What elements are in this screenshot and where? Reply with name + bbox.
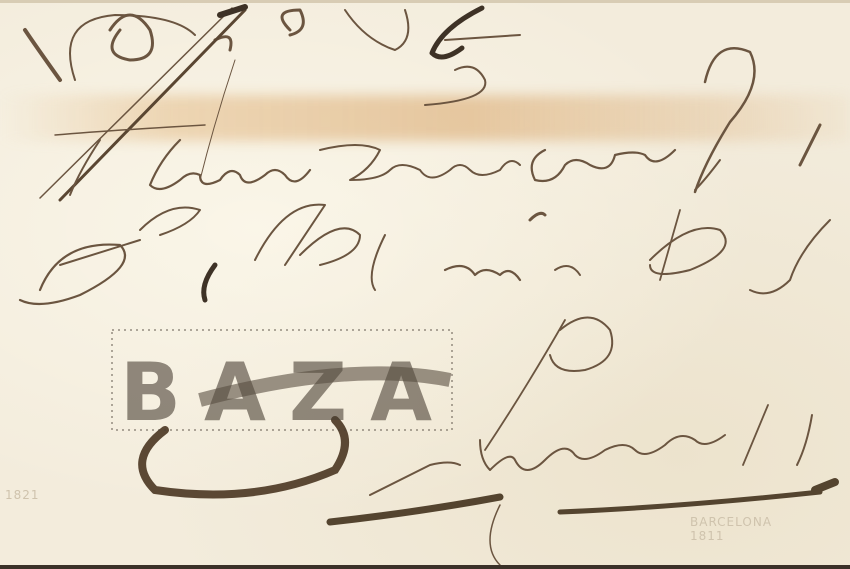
- paper-bottom-edge: [0, 565, 850, 569]
- handwriting-strokes: BAZA: [0, 0, 850, 569]
- pencil-note-right: BARCELONA 1811: [690, 515, 810, 543]
- postmark-stamp: BAZA: [112, 330, 452, 439]
- letter-cover: BAZA A Juan Ferran Secret y Escno de D. …: [0, 0, 850, 569]
- svg-text:BAZA: BAZA: [120, 346, 440, 439]
- pencil-note-left: 1821: [5, 488, 40, 502]
